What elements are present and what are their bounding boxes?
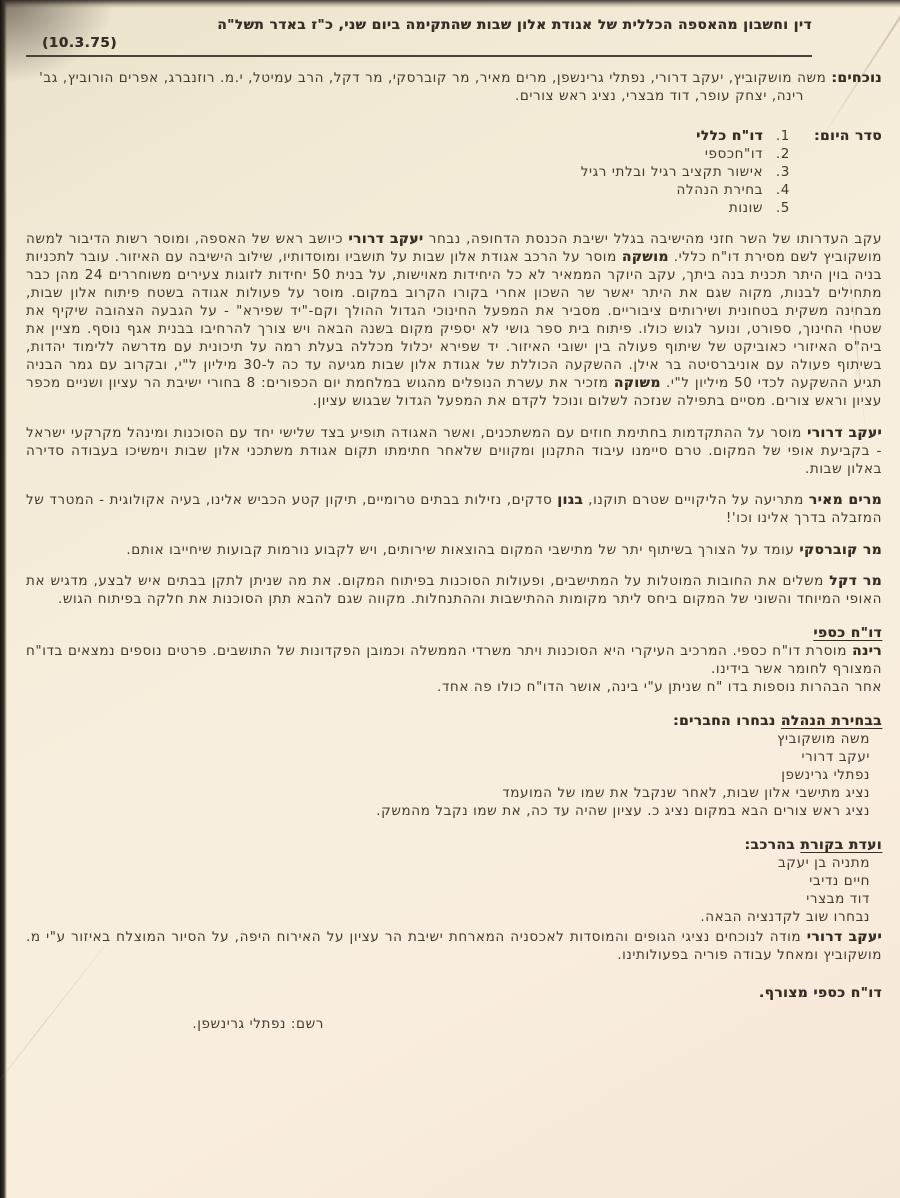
agenda-item: 1. דו"ח כללי [26,127,790,145]
speaker-name: יעקב דרורי [348,231,423,247]
agenda-item-number: 2. [768,145,790,163]
audit-members-list: מתניה בן יעקב חיים נדיבי דוד מבצרי נבחרו… [26,854,882,926]
audit-member: מתניה בן יעקב [26,854,882,872]
paragraph-text: עומד על הצורך בשיתוף יתר של מתישבי המקום… [126,542,799,558]
speaker-name: מושקה [622,249,669,265]
document-content: דין וחשבון מהאספה הכללית של אגודת אלון ש… [0,0,900,1033]
audit-member: חיים נדיבי [26,872,882,890]
document-date: (10.3.75) [26,34,812,52]
paragraph-text: מודה לנוכחים נציגי הגופים והמוסדות לאכסנ… [26,929,882,963]
audit-committee-heading: ועדת בקורת בהרכב: [26,836,882,854]
financial-report-body: רינה מוסרת דו"ח כספי. המרכיב העיקרי היא … [26,642,882,678]
agenda-item-text: שונות [729,200,763,216]
speaker-name: מרים מאיר [809,492,882,508]
attendees-list: משה מושקוביץ, יעקב דרורי, נפתלי גרינשפן,… [39,70,831,104]
audit-member: דוד מבצרי [26,890,882,908]
attendees-label: נוכחים: [831,70,882,86]
board-members-list: משה מושקוביץ יעקב דרורי נפתלי גרינשפן נצ… [26,730,882,820]
thanks-paragraph: יעקב דרורי מודה לנוכחים נציגי הגופים והמ… [26,928,882,964]
agenda-item: 5. שונות [26,199,790,217]
report-text: מוסר על הרכב אגודת אלון שבות על תושביו ו… [26,249,882,391]
meir-complaints-paragraph: מרים מאיר מתריעה על הליקויים שטרם תוקנו,… [26,491,882,527]
paragraph-text: מתריעה על הליקויים שטרם תוקנו, [583,492,809,508]
agenda-label: סדר היום: [814,127,882,145]
financial-report-heading: דו"ח כספי [26,624,882,642]
paragraph-text: מוסר על ההתקדמות בחתימת חוזים עם המשתכני… [26,425,882,477]
document-header: דין וחשבון מהאספה הכללית של אגודת אלון ש… [26,16,812,57]
agenda-section: סדר היום: 1. דו"ח כללי 2. דו"חכספי 3. אי… [26,127,882,217]
drori-contracts-paragraph: יעקב דרורי מוסר על ההתקדמות בחתימת חוזים… [26,424,882,478]
scanned-document-page: דין וחשבון מהאספה הכללית של אגודת אלון ש… [0,0,900,1198]
audit-reelection-note: נבחרו שוב לקדנציה הבאה. [26,908,882,926]
agenda-item-text: דו"חכספי [705,146,763,162]
attendees-paragraph: נוכחים: משה מושקוביץ, יעקב דרורי, נפתלי … [26,69,882,105]
agenda-item-number: 3. [768,163,790,181]
agenda-item-number: 4. [768,181,790,199]
audit-committee-heading-underlined: ועדת בקורת [800,837,882,853]
board-election-heading-rest: נבחרו החברים: [673,713,781,729]
speaker-name: מר דקל [829,573,882,589]
agenda-item: 4. בחירת הנהלה [26,181,790,199]
agenda-item-number: 1. [768,127,790,145]
document-title: דין וחשבון מהאספה הכללית של אגודת אלון ש… [26,16,812,34]
report-text: עקב העדרותו של השר חזני מהישיבה בגלל ישי… [423,231,882,247]
financial-report-approval-line: אחר הבהרות נוספות בדו "ח שניתן ע"י בינה,… [26,678,882,696]
speaker-name: מר קוברסקי [799,542,882,558]
kobersky-paragraph: מר קוברסקי עומד על הצורך בשיתוף יתר של מ… [26,541,882,559]
speaker-name: יעקב דרורי [807,929,882,945]
agenda-item-text: בחירת הנהלה [677,182,764,198]
agenda-list: 1. דו"ח כללי 2. דו"חכספי 3. אישור תקציב … [26,127,790,217]
speaker-name: יעקב דרורי [807,425,882,441]
agenda-item-number: 5. [768,199,790,217]
board-member: משה מושקוביץ [26,730,882,748]
agenda-item-text: דו"ח כללי [696,128,763,144]
dekel-paragraph: מר דקל משלים את החובות המוטלות על המתישב… [26,572,882,608]
speaker-name: משוקה [614,375,661,391]
board-election-heading: בבחירת הנהלה נבחרו החברים: [26,712,882,730]
attachment-note: דו"ח כספי מצורף. [26,984,882,1002]
board-member: נציג ראש צורים הבא במקום נציג כ. עציון ש… [26,802,882,820]
paragraph-text: מוסרת דו"ח כספי. המרכיב העיקרי היא הסוכנ… [26,643,882,677]
board-member: נפתלי גרינשפן [26,766,882,784]
paragraph-text: משלים את החובות המוטלות על המתישבים, ופע… [26,573,882,607]
emphasized-word: בגון [557,492,583,508]
agenda-item: 3. אישור תקציב רגיל ובלתי רגיל [26,163,790,181]
general-report-paragraph: עקב העדרותו של השר חזני מהישיבה בגלל ישי… [26,230,882,410]
speaker-name: רינה [852,643,882,659]
board-member: נציג מתישבי אלון שבות, לאחר שנקבל את שמו… [26,784,882,802]
audit-committee-heading-rest: בהרכב: [745,837,801,853]
recorder-signature: רשם: נפתלי גרינשפן. [26,1015,882,1033]
agenda-item-text: אישור תקציב רגיל ובלתי רגיל [581,164,763,180]
board-election-heading-underlined: בבחירת הנהלה [781,713,882,729]
board-member: יעקב דרורי [26,748,882,766]
agenda-item: 2. דו"חכספי [26,145,790,163]
financial-report-heading-text: דו"ח כספי [813,625,882,641]
